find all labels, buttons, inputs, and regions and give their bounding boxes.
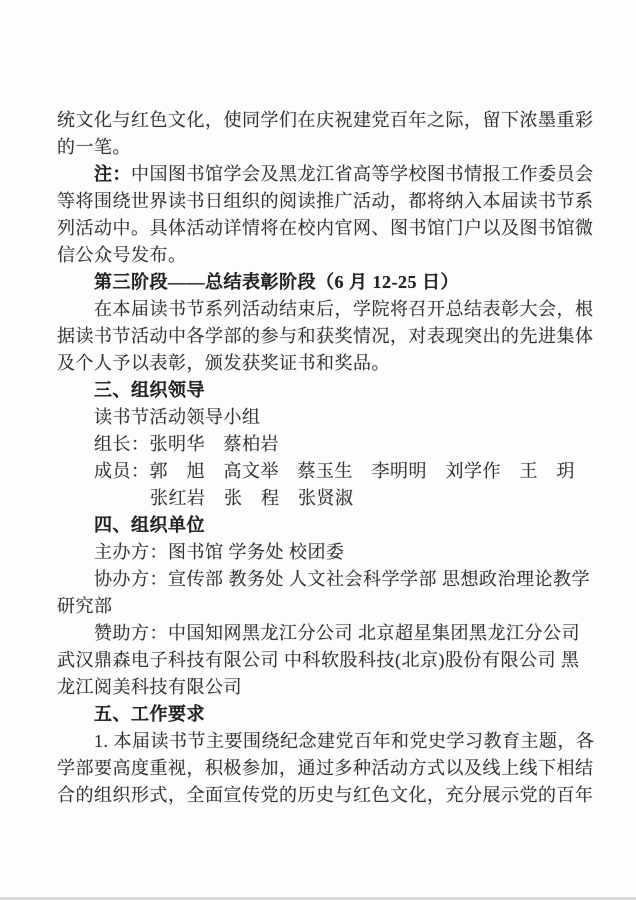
document-line: 研究部 bbox=[57, 593, 597, 620]
heading-line: 五、工作要求 bbox=[57, 701, 597, 728]
document-line: 成员：郭 旭 高文举 蔡玉生 李明明 刘学作 王 玥 bbox=[57, 458, 597, 485]
document-line: 读书节活动领导小组 bbox=[57, 404, 597, 431]
document-line: 赞助方：中国知网黑龙江分公司 北京超星集团黑龙江分公司 bbox=[57, 620, 597, 647]
document-line: 在本届读书节系列活动结束后，学院将召开总结表彰大会，根 bbox=[57, 296, 597, 323]
document-line: 统文化与红色文化，使同学们在庆祝建党百年之际，留下浓墨重彩 bbox=[57, 107, 597, 134]
document-line: 协办方：宣传部 教务处 人文社会科学学部 思想政治理论教学 bbox=[57, 566, 597, 593]
document-line: 武汉鼎森电子科技有限公司 中科软股科技(北京)股份有限公司 黑 bbox=[57, 647, 597, 674]
document-line: 注：中国图书馆学会及黑龙江省高等学校图书情报工作委员会 bbox=[57, 161, 597, 188]
document-line: 主办方：图书馆 学务处 校团委 bbox=[57, 539, 597, 566]
document-body: 统文化与红色文化，使同学们在庆祝建党百年之际，留下浓墨重彩的一笔。注：中国图书馆… bbox=[57, 107, 597, 809]
document-line: 合的组织形式，全面宣传党的历史与红色文化，充分展示党的百年 bbox=[57, 782, 597, 809]
document-line: 及个人予以表彰，颁发获奖证书和奖品。 bbox=[57, 350, 597, 377]
heading-line: 四、组织单位 bbox=[57, 512, 597, 539]
scanned-document-page: 统文化与红色文化，使同学们在庆祝建党百年之际，留下浓墨重彩的一笔。注：中国图书馆… bbox=[0, 0, 636, 900]
document-line: 等将围绕世界读书日组织的阅读推广活动，都将纳入本届读书节系 bbox=[57, 188, 597, 215]
document-line: 组长：张明华 蔡柏岩 bbox=[57, 431, 597, 458]
document-line: 信公众号发布。 bbox=[57, 242, 597, 269]
heading-line: 三、组织领导 bbox=[57, 377, 597, 404]
document-line: 学部要高度重视，积极参加，通过多种活动方式以及线上线下相结 bbox=[57, 755, 597, 782]
bold-prefix: 注： bbox=[94, 164, 131, 184]
document-line: 1. 本届读书节主要围绕纪念建党百年和党史学习教育主题，各 bbox=[57, 728, 597, 755]
document-line: 的一笔。 bbox=[57, 134, 597, 161]
document-line: 据读书节活动中各学部的参与和获奖情况，对表现突出的先进集体 bbox=[57, 323, 597, 350]
document-line: 张红岩 张 程 张贤淑 bbox=[57, 485, 597, 512]
document-line: 列活动中。具体活动详情将在校内官网、图书馆门户以及图书馆微 bbox=[57, 215, 597, 242]
document-line: 龙江阅美科技有限公司 bbox=[57, 674, 597, 701]
heading-line: 第三阶段——总结表彰阶段（6 月 12-25 日） bbox=[57, 269, 597, 296]
